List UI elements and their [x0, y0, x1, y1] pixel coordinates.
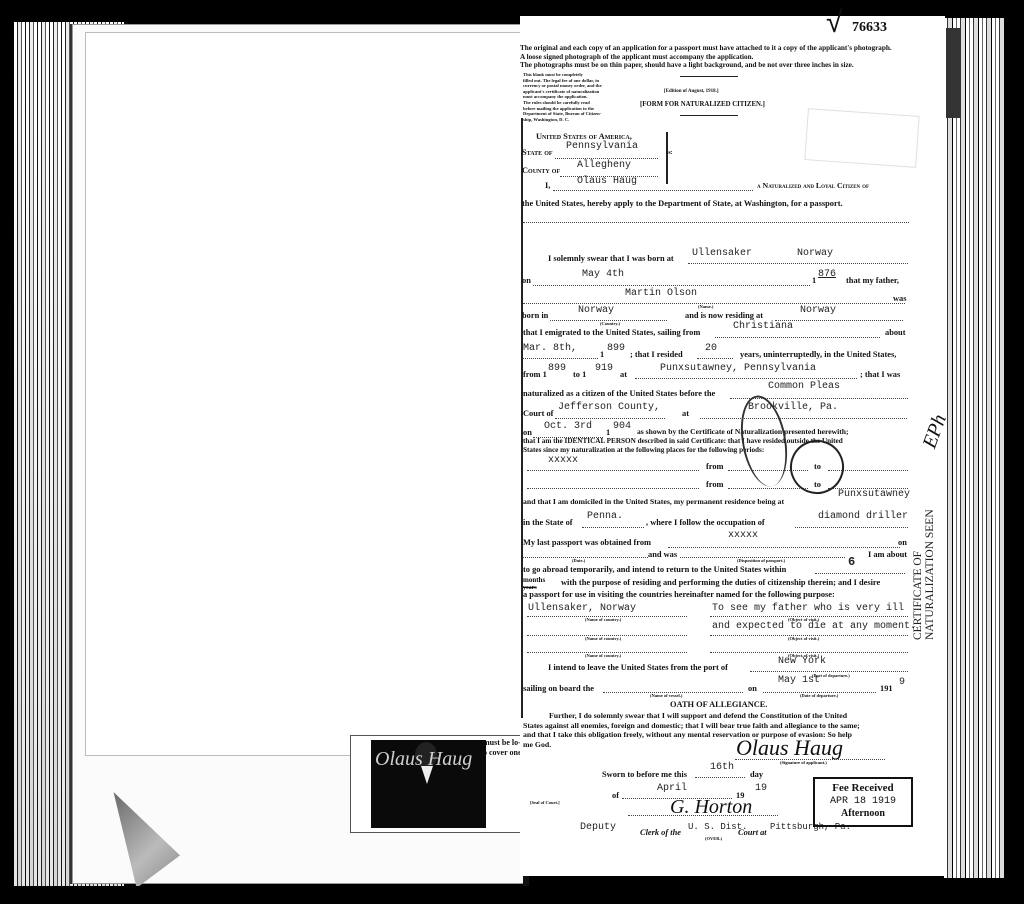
- sworn-year: 19: [755, 784, 767, 794]
- departure-year: 9: [899, 678, 905, 688]
- naturalization-county: Jefferson County,: [558, 403, 660, 413]
- applicant-photo-card: Olaus Haug must be lo-o cover one: [350, 735, 530, 833]
- birthplace: Ullensaker: [692, 249, 752, 259]
- departure-port: New York: [778, 657, 826, 667]
- years-resided: 20: [705, 344, 717, 354]
- visit-purpose-2: and expected to die at any moment.: [712, 622, 916, 632]
- file-number: 76633: [852, 20, 887, 36]
- residence-to-year: 919: [595, 364, 613, 374]
- certificate-seen-stamp: CERTIFICATE OF NATURALIZATION SEEN: [912, 509, 936, 640]
- occupation: diamond driller: [818, 512, 908, 522]
- checkmark-icon: √: [826, 8, 842, 38]
- applicant-signature: Olaus Haug: [736, 735, 843, 761]
- edition-label: [Edition of August, 1918.]: [664, 87, 719, 97]
- book-page-edges-right: [944, 18, 1004, 878]
- passport-application-scan: Olaus Haug must be lo-o cover one √ 7663…: [0, 0, 1024, 904]
- faint-received-stamp: [804, 108, 919, 168]
- header-notice: The original and each copy of an applica…: [520, 44, 892, 70]
- form-title: [FORM FOR NATURALIZED CITIZEN.]: [640, 100, 765, 110]
- us-residence: Punxsutawney, Pennsylvania: [660, 364, 816, 374]
- birth-country: Norway: [797, 249, 833, 259]
- applicant-photograph: Olaus Haug: [371, 740, 486, 828]
- county-value: Allegheny: [577, 161, 631, 171]
- intro-line2: the United States, hereby apply to the D…: [522, 199, 843, 209]
- blank-overlay-sheet: [85, 32, 529, 756]
- sworn-month: April: [657, 784, 687, 794]
- return-within: 6: [848, 557, 855, 567]
- departure-date: May 1st: [778, 676, 820, 686]
- destination-country-1: Ullensaker, Norway: [528, 604, 636, 614]
- side-notice: This blank must be completelyfilled out.…: [523, 72, 602, 122]
- birth-year: 876: [818, 270, 836, 280]
- photo-signature: Olaus Haug: [375, 748, 472, 771]
- father-text: that my father,: [846, 276, 899, 286]
- last-passport: xxxxx: [728, 531, 758, 541]
- applicant-name: Olaus Haug: [577, 177, 637, 187]
- residence-from-year: 899: [548, 364, 566, 374]
- sworn-day: 16th: [710, 763, 734, 773]
- ss-label: ss:: [666, 148, 673, 158]
- intro-suffix: a Naturalized and Loyal Citizen of: [757, 181, 869, 191]
- fee-received-stamp: Fee Received APR 18 1919 Afternoon: [813, 777, 913, 827]
- naturalization-court: Common Pleas: [768, 382, 840, 392]
- naturalization-year: 904: [613, 422, 631, 432]
- state-label: State of: [522, 148, 553, 158]
- photo-note: must be lo-o cover one: [483, 738, 522, 758]
- on-label: on: [522, 276, 531, 286]
- oath-title: OATH OF ALLEGIANCE.: [670, 700, 768, 710]
- birth-date: May 4th: [582, 270, 624, 280]
- domicile-state: Penna.: [587, 512, 623, 522]
- emigration-port: Christiana: [733, 322, 793, 332]
- birth-text: I solemnly swear that I was born at: [548, 254, 674, 264]
- emigration-year: 899: [607, 344, 625, 354]
- county-label: County of: [522, 166, 560, 176]
- abroad-place-1: xxxxx: [548, 456, 578, 466]
- visit-purpose-1: To see my father who is very ill: [712, 604, 904, 614]
- intro-prefix: I,: [545, 181, 550, 191]
- father-residence: Norway: [800, 306, 836, 316]
- deputy-label: Deputy: [580, 823, 616, 833]
- father-birth-country: Norway: [578, 306, 614, 316]
- emigration-date: Mar. 8th,: [523, 344, 577, 354]
- naturalization-date: Oct. 3rd: [544, 422, 592, 432]
- father-name: Martin Olson: [625, 289, 697, 299]
- permanent-residence: Punxsutawney: [838, 490, 910, 500]
- state-value: Pennsylvania: [566, 142, 638, 152]
